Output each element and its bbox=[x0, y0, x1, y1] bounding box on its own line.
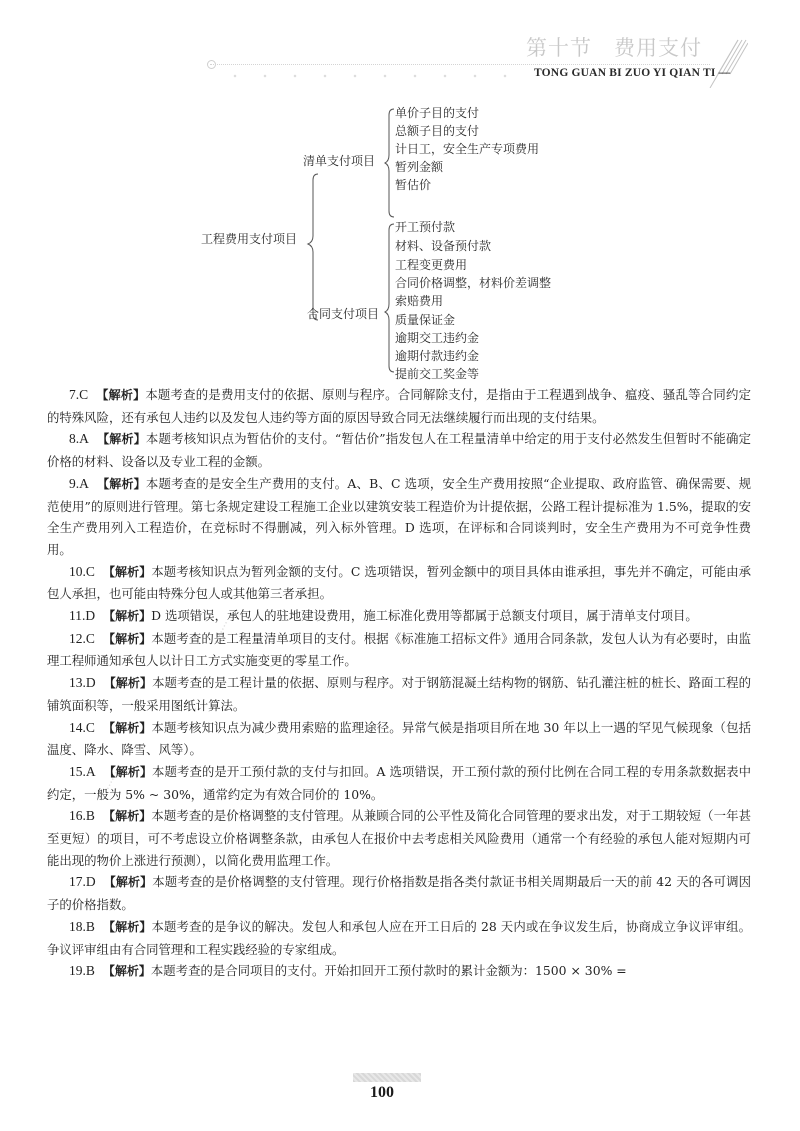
tree-item: 提前交工奖金等 bbox=[395, 365, 479, 382]
footer-decoration bbox=[353, 1073, 421, 1082]
tree-item: 暂估价 bbox=[395, 176, 431, 193]
answer-16: 16.B【解析】本题考查的是价格调整的支付管理。从兼顾合同的公平性及简化合同管理… bbox=[47, 805, 751, 871]
answer-19: 19.B【解析】本题考查的是合同项目的支付。开始扣回开工预付款时的累计金额为：1… bbox=[47, 960, 751, 983]
tree-item: 开工预付款 bbox=[395, 218, 455, 235]
tree-root: 工程费用支付项目 bbox=[201, 230, 297, 247]
answer-18: 18.B【解析】本题考查的是争议的解决。发包人和承包人应在开工日后的 28 天内… bbox=[47, 916, 751, 960]
tree-item: 工程变更费用 bbox=[395, 256, 467, 273]
answer-12: 12.C【解析】本题考查的是工程量清单项目的支付。根据《标准施工招标文件》通用合… bbox=[47, 628, 751, 672]
tree-item: 总额子目的支付 bbox=[395, 122, 479, 139]
tree-item: 材料、设备预付款 bbox=[395, 237, 491, 254]
answer-8: 8.A【解析】本题考核知识点为暂估价的支付。“暂估价”指发包人在工程量清单中给定… bbox=[47, 428, 751, 472]
tree-item: 逾期交工违约金 bbox=[395, 329, 479, 346]
answer-14: 14.C【解析】本题考核知识点为减少费用索赔的监理途径。异常气候是指项目所在地 … bbox=[47, 717, 751, 761]
tree-item: 暂列金额 bbox=[395, 158, 443, 175]
tree-branch-hetong: 合同支付项目 bbox=[307, 305, 379, 322]
tree-branch-qingdan: 清单支付项目 bbox=[303, 152, 375, 169]
tree-item: 索赔费用 bbox=[395, 292, 443, 309]
payment-items-tree: 工程费用支付项目 清单支付项目 单价子目的支付 总额子目的支付 计日工，安全生产… bbox=[0, 0, 800, 380]
tree-item: 逾期付款违约金 bbox=[395, 347, 479, 364]
page-number: 100 bbox=[370, 1084, 430, 1102]
tree-item: 单价子目的支付 bbox=[395, 104, 479, 121]
answer-17: 17.D【解析】本题考查的是价格调整的支付管理。现行价格指数是指各类付款证书相关… bbox=[47, 871, 751, 915]
root-brace-icon bbox=[306, 172, 320, 322]
answer-10: 10.C【解析】本题考核知识点为暂列金额的支付。C 选项错误，暂列金额中的项目具… bbox=[47, 561, 751, 605]
answer-9: 9.A【解析】本题考查的是安全生产费用的支付。A、B、C 选项，安全生产费用按照… bbox=[47, 473, 751, 561]
tree-item: 质量保证金 bbox=[395, 311, 455, 328]
answer-7: 7.C【解析】本题考查的是费用支付的依据、原则与程序。合同解除支付，是指由于工程… bbox=[47, 384, 751, 428]
answer-11: 11.D【解析】D 选项错误，承包人的驻地建设费用，施工标准化费用等都属于总额支… bbox=[47, 605, 751, 628]
answer-explanations: 7.C【解析】本题考查的是费用支付的依据、原则与程序。合同解除支付，是指由于工程… bbox=[47, 384, 751, 983]
tree-item: 计日工，安全生产专项费用 bbox=[395, 140, 539, 157]
tree-item: 合同价格调整，材料价差调整 bbox=[395, 274, 551, 291]
answer-13: 13.D【解析】本题考查的是工程计量的依据、原则与程序。对于钢筋混凝土结构物的钢… bbox=[47, 672, 751, 716]
answer-15: 15.A【解析】本题考查的是开工预付款的支付与扣回。A 选项错误，开工预付款的预… bbox=[47, 761, 751, 805]
